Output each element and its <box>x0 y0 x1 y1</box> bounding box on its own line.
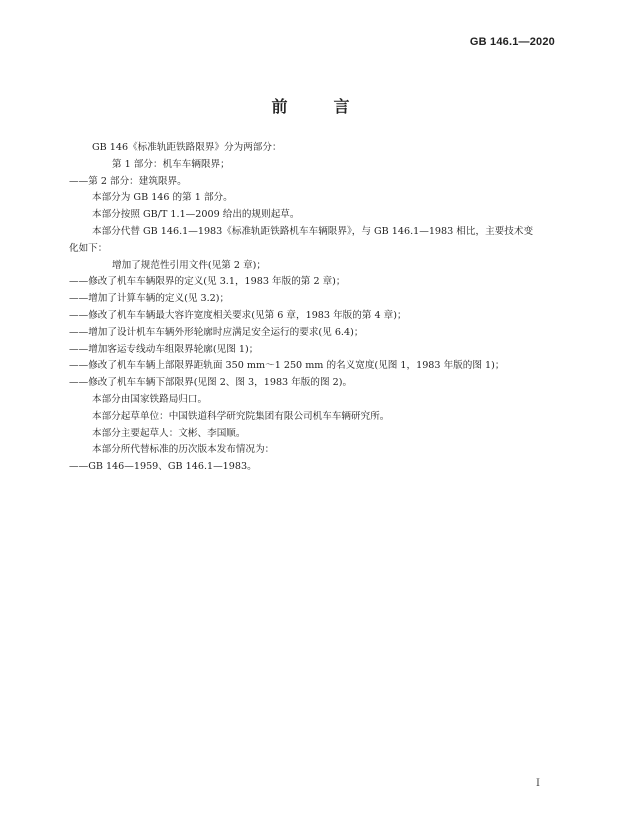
paragraph-previous-editions: 本部分所代替标准的历次版本发布情况为： <box>92 442 556 459</box>
paragraph-this-part: 本部分为 GB 146 的第 1 部分。 <box>92 190 556 207</box>
paragraph-drafters: 本部分主要起草人：文彬、李国顺。 <box>92 426 556 443</box>
standard-number-header: GB 146.1—2020 <box>470 36 555 48</box>
paragraph-parts-intro: GB 146《标准轨距铁路限界》分为两部分： <box>92 140 556 157</box>
title-char-2: 言 <box>334 94 350 117</box>
paragraph-drafting-rules: 本部分按照 GB/T 1.1—2009 给出的规则起草。 <box>92 207 556 224</box>
page-title: 前言 <box>0 94 621 117</box>
change-item: ——修改了机车车辆上部限界距轨面 350 mm～1 250 mm 的名义宽度(见… <box>69 358 556 375</box>
change-item: ——修改了机车车辆下部限界(见图 2、图 3，1983 年版的图 2)。 <box>69 375 556 392</box>
list-item-previous-edition: ——GB 146—1959、GB 146.1—1983。 <box>69 459 556 476</box>
paragraph-replaces-continuation: 化如下： <box>69 241 556 258</box>
page-number: I <box>536 778 540 789</box>
change-item: ——增加了计算车辆的定义(见 3.2)； <box>69 291 556 308</box>
paragraph-replaces: 本部分代替 GB 146.1—1983《标准轨距铁路机车车辆限界》，与 GB 1… <box>92 224 556 241</box>
title-char-1: 前 <box>271 94 287 117</box>
paragraph-administered-by: 本部分由国家铁路局归口。 <box>92 392 556 409</box>
change-item: ——增加了设计机车车辆外形轮廓时应满足安全运行的要求(见 6.4)； <box>69 325 556 342</box>
change-item: 增加了规范性引用文件(见第 2 章)； <box>92 258 556 275</box>
foreword-body: GB 146《标准轨距铁路限界》分为两部分： 第 1 部分：机车车辆限界； ——… <box>92 140 556 476</box>
list-item-part-1: 第 1 部分：机车车辆限界； <box>92 157 556 174</box>
paragraph-drafting-unit: 本部分起草单位：中国铁道科学研究院集团有限公司机车车辆研究所。 <box>92 409 556 426</box>
list-item-part-2: ——第 2 部分：建筑限界。 <box>69 174 556 191</box>
change-item: ——修改了机车车辆限界的定义(见 3.1，1983 年版的第 2 章)； <box>69 274 556 291</box>
change-item: ——增加客运专线动车组限界轮廓(见图 1)； <box>69 342 556 359</box>
change-item: ——修改了机车车辆最大容许宽度相关要求(见第 6 章，1983 年版的第 4 章… <box>69 308 556 325</box>
